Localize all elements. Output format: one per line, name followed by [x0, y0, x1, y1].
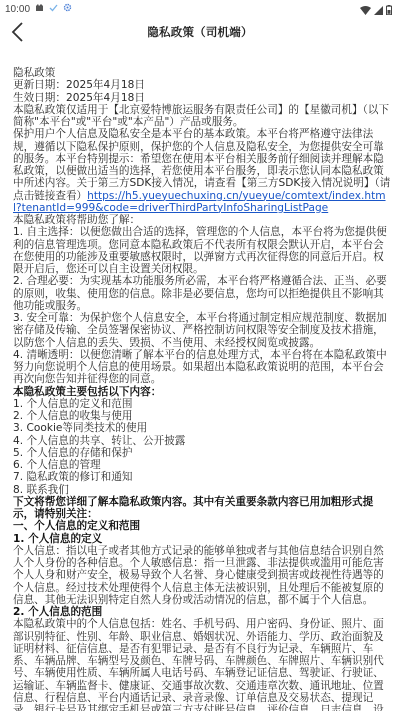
subsection-1-2-title: 2. 个人信息的范围	[13, 606, 393, 618]
principle-3: 3. 安全可靠：为保护您个人信息安全，本平台将通过制定相应规范制度、数据加密存储…	[13, 312, 393, 349]
nav-bar: 隐私政策（司机端）	[0, 18, 400, 46]
gear-icon	[63, 3, 72, 15]
wifi-icon	[360, 0, 371, 19]
section-1-title: 一、个人信息的定义和范围	[13, 520, 393, 532]
signal-icon	[374, 0, 383, 19]
subsection-1-1-body: 个人信息：指以电子或者其他方式记录的能够单独或者与其他信息结合识别自然人个人身份…	[13, 545, 393, 606]
help-intro: 本隐私政策将帮助您了解：	[13, 214, 393, 226]
policy-heading: 隐私政策	[13, 67, 393, 79]
principle-1: 1. 自主选择：以便您做出合适的选择，管理您的个人信息，本平台将为您提供便利的信…	[13, 226, 393, 275]
policy-protect: 保护用户个人信息及隐私安全是本平台的基本政策。本平台将严格遵守法律法规，遵循以下…	[13, 128, 393, 214]
toc-item-1: 1. 个人信息的定义和范围	[13, 398, 393, 410]
detail-notice: 下文将帮您详细了解本隐私政策内容。其中有关重要条款内容已用加粗形式提示，请特别关…	[13, 496, 393, 521]
toc-item-5: 5. 个人信息的存储和保护	[13, 447, 393, 459]
subsection-1-1-title: 1. 个人信息的定义	[13, 533, 393, 545]
status-left: 10:00	[5, 3, 72, 15]
toc-item-8: 8. 联系我们	[13, 484, 393, 496]
toc-item-4: 4. 个人信息的共享、转让、公开披露	[13, 435, 393, 447]
toc-item-2: 2. 个人信息的收集与使用	[13, 410, 393, 422]
status-time: 10:00	[5, 4, 30, 15]
status-bar: 10:00	[0, 0, 400, 18]
toc-item-6: 6. 个人信息的管理	[13, 459, 393, 471]
principle-4: 4. 清晰透明：以便您清晰了解本平台的信息处理方式，本平台将在本隐私政策中努力向…	[13, 349, 393, 386]
principle-2: 2. 合理必要：为实现基本功能服务所必需，本平台将严格遵循合法、正当、必要的原则…	[13, 275, 393, 312]
subsection-1-2-body: 本隐私政策中的个人信息包括：姓名、手机号码、用户密码、身份证、照片、面部识别特征…	[13, 618, 393, 711]
notification-icon	[35, 3, 44, 15]
policy-content[interactable]: 隐私政策 更新日期：2025年4月18日 生效日期：2025年4月18日 本隐私…	[13, 67, 393, 711]
toc-item-7: 7. 隐私政策的修订和通知	[13, 471, 393, 483]
updated-date: 更新日期：2025年4月18日	[13, 79, 393, 91]
back-arrow-icon	[10, 21, 24, 43]
page-title: 隐私政策（司机端）	[147, 24, 252, 40]
check-icon	[49, 3, 58, 15]
battery-icon	[386, 0, 392, 19]
toc-item-3: 3. Cookie等同类技术的使用	[13, 422, 393, 434]
effective-date: 生效日期：2025年4月18日	[13, 92, 393, 104]
policy-intro: 本隐私政策仅适用于【北京爱特博旅运服务有限责任公司】的【星徽司机】（以下简称"本…	[13, 104, 393, 129]
toc-heading: 本隐私政策主要包括以下内容：	[13, 386, 393, 398]
status-right	[360, 0, 392, 19]
back-button[interactable]	[6, 20, 28, 44]
